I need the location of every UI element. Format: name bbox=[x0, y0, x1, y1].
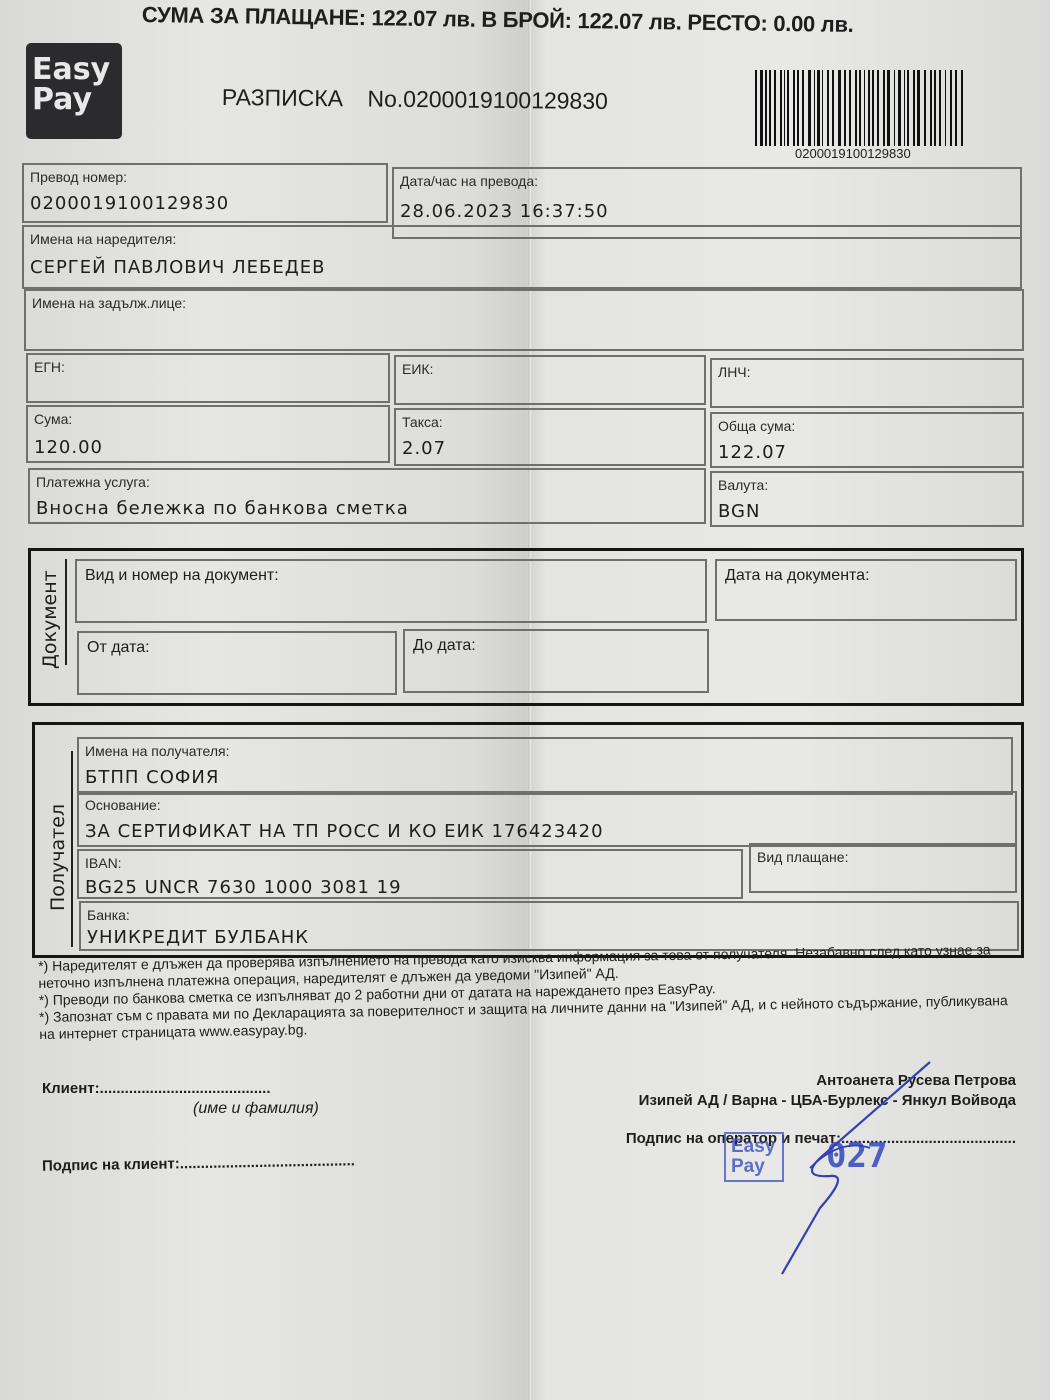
reason-field: Основание: ЗА СЕРТИФИКАТ НА ТП РОСС И КО… bbox=[77, 791, 1017, 847]
document-type-field: Вид и номер на документ: bbox=[75, 559, 707, 623]
client-name-line: Клиент:.................................… bbox=[42, 1080, 271, 1097]
field-value: Вносна бележка по банкова сметка bbox=[36, 498, 409, 519]
field-label: Валута: bbox=[718, 477, 768, 493]
recipient-section-title: Получател bbox=[47, 804, 69, 911]
disclaimer-notes: *) Наредителят е длъжен да проверява изп… bbox=[38, 941, 1019, 1043]
document-date-field: Дата на документа: bbox=[715, 559, 1017, 621]
easypay-logo-icon: Easy Pay bbox=[26, 43, 122, 139]
document-section: Документ Вид и номер на документ: Дата н… bbox=[28, 548, 1024, 706]
amount-field: Сума: 120.00 bbox=[26, 405, 390, 463]
field-value: БТПП СОФИЯ bbox=[85, 767, 219, 788]
field-label: От дата: bbox=[87, 639, 150, 657]
document-section-title: Документ bbox=[39, 570, 61, 669]
section-divider bbox=[71, 751, 73, 947]
egn-field: ЕГН: bbox=[26, 353, 390, 403]
signature-icon bbox=[760, 1058, 960, 1278]
recipient-name-field: Имена на получателя: БТПП СОФИЯ bbox=[77, 737, 1013, 795]
field-value: BG25 UNCR 7630 1000 3081 19 bbox=[85, 877, 402, 898]
field-label: Основание: bbox=[85, 797, 161, 813]
recipient-section: Получател Имена на получателя: БТПП СОФИ… bbox=[32, 722, 1024, 958]
field-value: BGN bbox=[718, 501, 760, 522]
logo-line-2: Pay bbox=[32, 85, 122, 115]
field-label: Сума: bbox=[34, 411, 72, 427]
sender-name-field: Имена на наредителя: СЕРГЕЙ ПАВЛОВИЧ ЛЕБ… bbox=[22, 225, 1022, 289]
field-value: 0200019100129830 bbox=[30, 193, 229, 214]
field-label: Вид и номер на документ: bbox=[85, 567, 279, 585]
field-label: Такса: bbox=[402, 414, 443, 430]
payment-service-field: Платежна услуга: Вносна бележка по банко… bbox=[28, 468, 706, 524]
field-value: ЗА СЕРТИФИКАТ НА ТП РОСС И КО ЕИК 176423… bbox=[85, 821, 604, 842]
receipt-number: No.0200019100129830 bbox=[367, 86, 608, 115]
eik-field: ЕИК: bbox=[394, 355, 706, 405]
field-value: 28.06.2023 16:37:50 bbox=[400, 201, 609, 222]
logo-line-1: Easy bbox=[32, 55, 122, 85]
field-label: ЕГН: bbox=[34, 359, 65, 375]
field-value: 120.00 bbox=[34, 437, 103, 458]
obligor-name-field: Имена на задълж.лице: bbox=[24, 289, 1024, 351]
field-value: 122.07 bbox=[718, 442, 787, 463]
field-label: Имена на получателя: bbox=[85, 743, 230, 759]
from-date-field: От дата: bbox=[77, 631, 397, 695]
field-value: 2.07 bbox=[402, 438, 446, 459]
field-label: Платежна услуга: bbox=[36, 474, 150, 490]
receipt-title: РАЗПИСКА bbox=[222, 84, 343, 111]
field-label: IBAN: bbox=[85, 855, 122, 871]
fee-field: Такса: 2.07 bbox=[394, 408, 706, 466]
barcode-icon bbox=[755, 70, 967, 146]
field-label: Обща сума: bbox=[718, 418, 795, 434]
payment-summary: СУМА ЗА ПЛАЩАНЕ: 122.07 лв. В БРОЙ: 122.… bbox=[142, 2, 854, 38]
field-label: Имена на задълж.лице: bbox=[32, 295, 186, 311]
payment-type-field: Вид плащане: bbox=[749, 843, 1017, 893]
field-label: Дата/час на превода: bbox=[400, 173, 538, 189]
field-value: СЕРГЕЙ ПАВЛОВИЧ ЛЕБЕДЕВ bbox=[30, 257, 326, 278]
receipt-header: РАЗПИСКА No.0200019100129830 bbox=[222, 84, 608, 115]
to-date-field: До дата: bbox=[403, 629, 709, 693]
section-divider bbox=[65, 559, 67, 665]
lnch-field: ЛНЧ: bbox=[710, 358, 1024, 408]
total-field: Обща сума: 122.07 bbox=[710, 412, 1024, 468]
field-label: Превод номер: bbox=[30, 169, 127, 185]
barcode-number: 0200019100129830 bbox=[795, 146, 911, 161]
field-label: Дата на документа: bbox=[725, 567, 870, 585]
iban-field: IBAN: BG25 UNCR 7630 1000 3081 19 bbox=[77, 849, 743, 899]
field-label: До дата: bbox=[413, 637, 476, 655]
field-label: Банка: bbox=[87, 907, 130, 923]
field-label: ЛНЧ: bbox=[718, 364, 751, 380]
transfer-number-field: Превод номер: 0200019100129830 bbox=[22, 163, 388, 223]
field-label: ЕИК: bbox=[402, 361, 433, 377]
field-value: УНИКРЕДИТ БУЛБАНК bbox=[87, 927, 309, 948]
currency-field: Валута: BGN bbox=[710, 471, 1024, 527]
client-signature-line: Подпис на клиент:.......................… bbox=[42, 1152, 355, 1174]
field-label: Имена на наредителя: bbox=[30, 231, 176, 247]
client-name-hint: (име и фамилия) bbox=[193, 1100, 319, 1118]
field-label: Вид плащане: bbox=[757, 849, 848, 865]
